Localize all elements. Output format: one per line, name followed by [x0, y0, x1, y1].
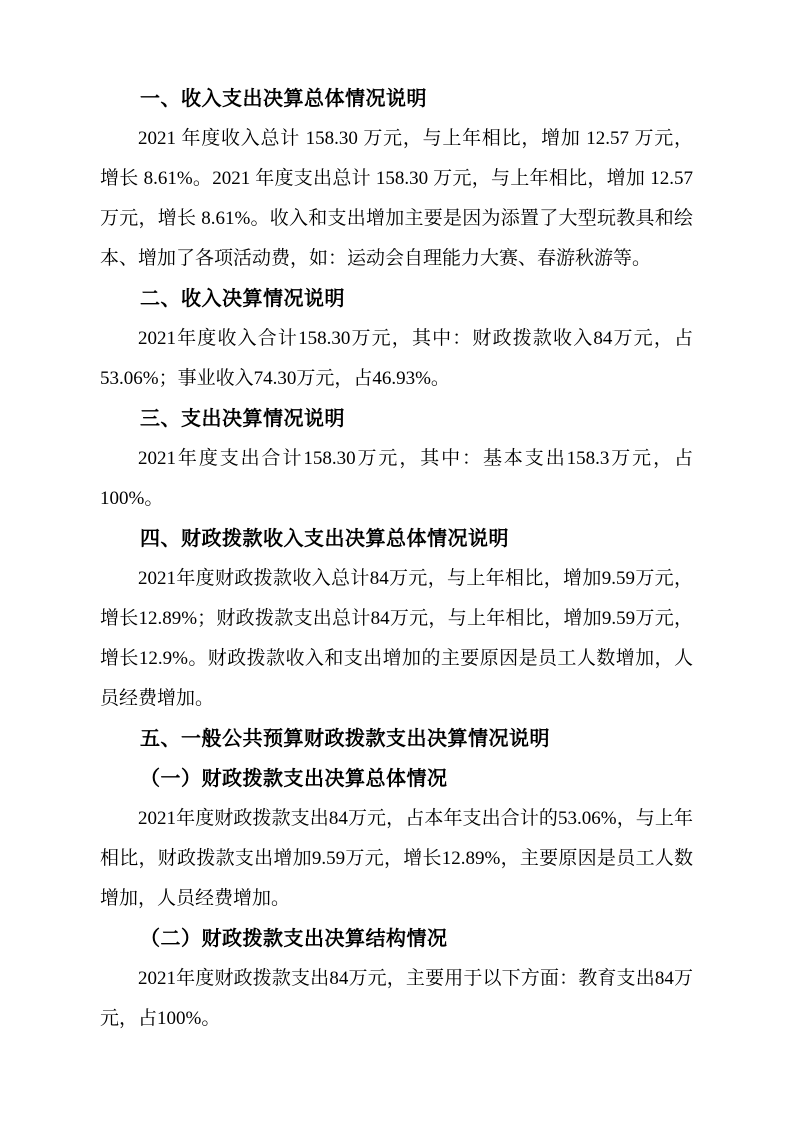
paragraph-fiscal-appropriation-overview: 2021年度财政拨款收入总计84万元，与上年相比，增加9.59万元，增长12.8… — [100, 559, 693, 719]
document-page: 一、收入支出决算总体情况说明 2021 年度收入总计 158.30 万元，与上年… — [0, 0, 793, 1122]
paragraph-appropriation-expenditure-structure: 2021年度财政拨款支出84万元，主要用于以下方面：教育支出84万元，占100%… — [100, 959, 693, 1039]
subsection-heading-appropriation-expenditure-overall: （一）财政拨款支出决算总体情况 — [100, 759, 693, 799]
paragraph-expenditure-settlement: 2021年度支出合计158.30万元，其中：基本支出158.3万元，占100%。 — [100, 439, 693, 519]
paragraph-appropriation-expenditure-overall: 2021年度财政拨款支出84万元，占本年支出合计的53.06%，与上年相比，财政… — [100, 799, 693, 919]
section-heading-income-settlement: 二、收入决算情况说明 — [100, 279, 693, 319]
paragraph-income-settlement: 2021年度收入合计158.30万元，其中：财政拨款收入84万元，占53.06%… — [100, 319, 693, 399]
section-heading-expenditure-settlement: 三、支出决算情况说明 — [100, 399, 693, 439]
section-heading-income-expenditure-overview: 一、收入支出决算总体情况说明 — [100, 79, 693, 119]
section-heading-public-budget-expenditure: 五、一般公共预算财政拨款支出决算情况说明 — [100, 719, 693, 759]
section-heading-fiscal-appropriation-overview: 四、财政拨款收入支出决算总体情况说明 — [100, 519, 693, 559]
paragraph-income-expenditure-overview: 2021 年度收入总计 158.30 万元，与上年相比，增加 12.57 万元，… — [100, 119, 693, 279]
subsection-heading-appropriation-expenditure-structure: （二）财政拨款支出决算结构情况 — [100, 919, 693, 959]
